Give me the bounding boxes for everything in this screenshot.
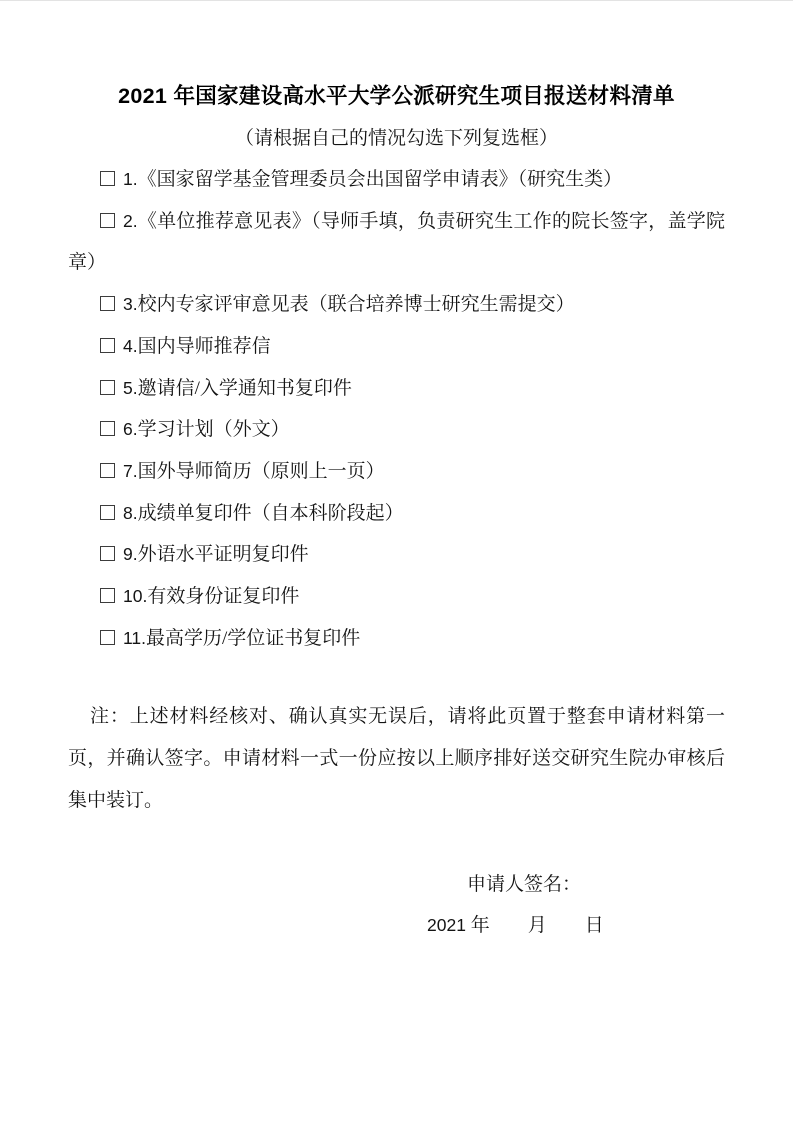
checklist-item: 8.成绩单复印件（自本科阶段起） [68, 493, 725, 535]
page-subtitle: （请根据自己的情况勾选下列复选框） [68, 125, 725, 153]
checkbox-icon[interactable] [100, 421, 115, 436]
item-label: 《单位推荐意见表》（导师手填，负责研究生工作的院长签字，盖学院章） [68, 211, 725, 274]
checkbox-icon[interactable] [100, 338, 115, 353]
checkbox-icon[interactable] [100, 171, 115, 186]
checkbox-icon[interactable] [100, 213, 115, 228]
item-number: 9. [123, 544, 138, 564]
item-label: 《国家留学基金管理委员会出国留学申请表》（研究生类） [138, 169, 623, 190]
checklist-item: 11.最高学历/学位证书复印件 [68, 618, 725, 660]
checklist-item: 5.邀请信/入学通知书复印件 [68, 368, 725, 410]
page-title: 2021 年国家建设高水平大学公派研究生项目报送材料清单 [68, 81, 725, 111]
signature-date-fields: 年 月 日 [466, 915, 604, 936]
checklist-item: 3.校内专家评审意见表（联合培养博士研究生需提交） [68, 284, 725, 326]
checkbox-icon[interactable] [100, 630, 115, 645]
item-label: 国内导师推荐信 [138, 336, 271, 357]
item-label: 外语水平证明复印件 [138, 544, 309, 565]
document-page: 2021 年国家建设高水平大学公派研究生项目报送材料清单 （请根据自己的情况勾选… [0, 0, 793, 1122]
checkbox-icon[interactable] [100, 296, 115, 311]
item-number: 2. [123, 211, 138, 231]
checkbox-icon[interactable] [100, 546, 115, 561]
item-number: 8. [123, 503, 138, 523]
note-paragraph: 注：上述材料经核对、确认真实无误后，请将此页置于整套申请材料第一页，并确认签字。… [68, 696, 725, 821]
item-label: 校内专家评审意见表（联合培养博士研究生需提交） [138, 294, 575, 315]
materials-checklist: 1.《国家留学基金管理委员会出国留学申请表》（研究生类） 2.《单位推荐意见表》… [68, 159, 725, 659]
item-number: 7. [123, 461, 138, 481]
checkbox-icon[interactable] [100, 380, 115, 395]
checklist-item: 10.有效身份证复印件 [68, 576, 725, 618]
checklist-item: 7.国外导师简历（原则上一页） [68, 451, 725, 493]
signature-year: 2021 [427, 915, 466, 935]
signature-date-line: 2021 年 月 日 [68, 905, 725, 947]
item-number: 5. [123, 378, 138, 398]
item-label: 邀请信/入学通知书复印件 [138, 378, 352, 399]
checkbox-icon[interactable] [100, 463, 115, 478]
item-number: 4. [123, 336, 138, 356]
item-number: 11. [123, 628, 146, 648]
applicant-signature-label: 申请人签名： [68, 864, 725, 906]
item-label: 国外导师简历（原则上一页） [138, 461, 385, 482]
checklist-item: 4.国内导师推荐信 [68, 326, 725, 368]
checkbox-icon[interactable] [100, 588, 115, 603]
item-label: 有效身份证复印件 [147, 586, 299, 607]
item-number: 6. [123, 419, 138, 439]
checklist-item: 6.学习计划（外文） [68, 409, 725, 451]
item-label: 最高学历/学位证书复印件 [146, 628, 360, 649]
item-number: 1. [123, 169, 138, 189]
item-label: 成绩单复印件（自本科阶段起） [138, 503, 404, 524]
item-label: 学习计划（外文） [138, 419, 290, 440]
item-number: 10. [123, 586, 147, 606]
item-number: 3. [123, 294, 138, 314]
checklist-item: 9.外语水平证明复印件 [68, 534, 725, 576]
checklist-item: 2.《单位推荐意见表》（导师手填，负责研究生工作的院长签字，盖学院章） [68, 201, 725, 284]
checkbox-icon[interactable] [100, 505, 115, 520]
checklist-item: 1.《国家留学基金管理委员会出国留学申请表》（研究生类） [68, 159, 725, 201]
